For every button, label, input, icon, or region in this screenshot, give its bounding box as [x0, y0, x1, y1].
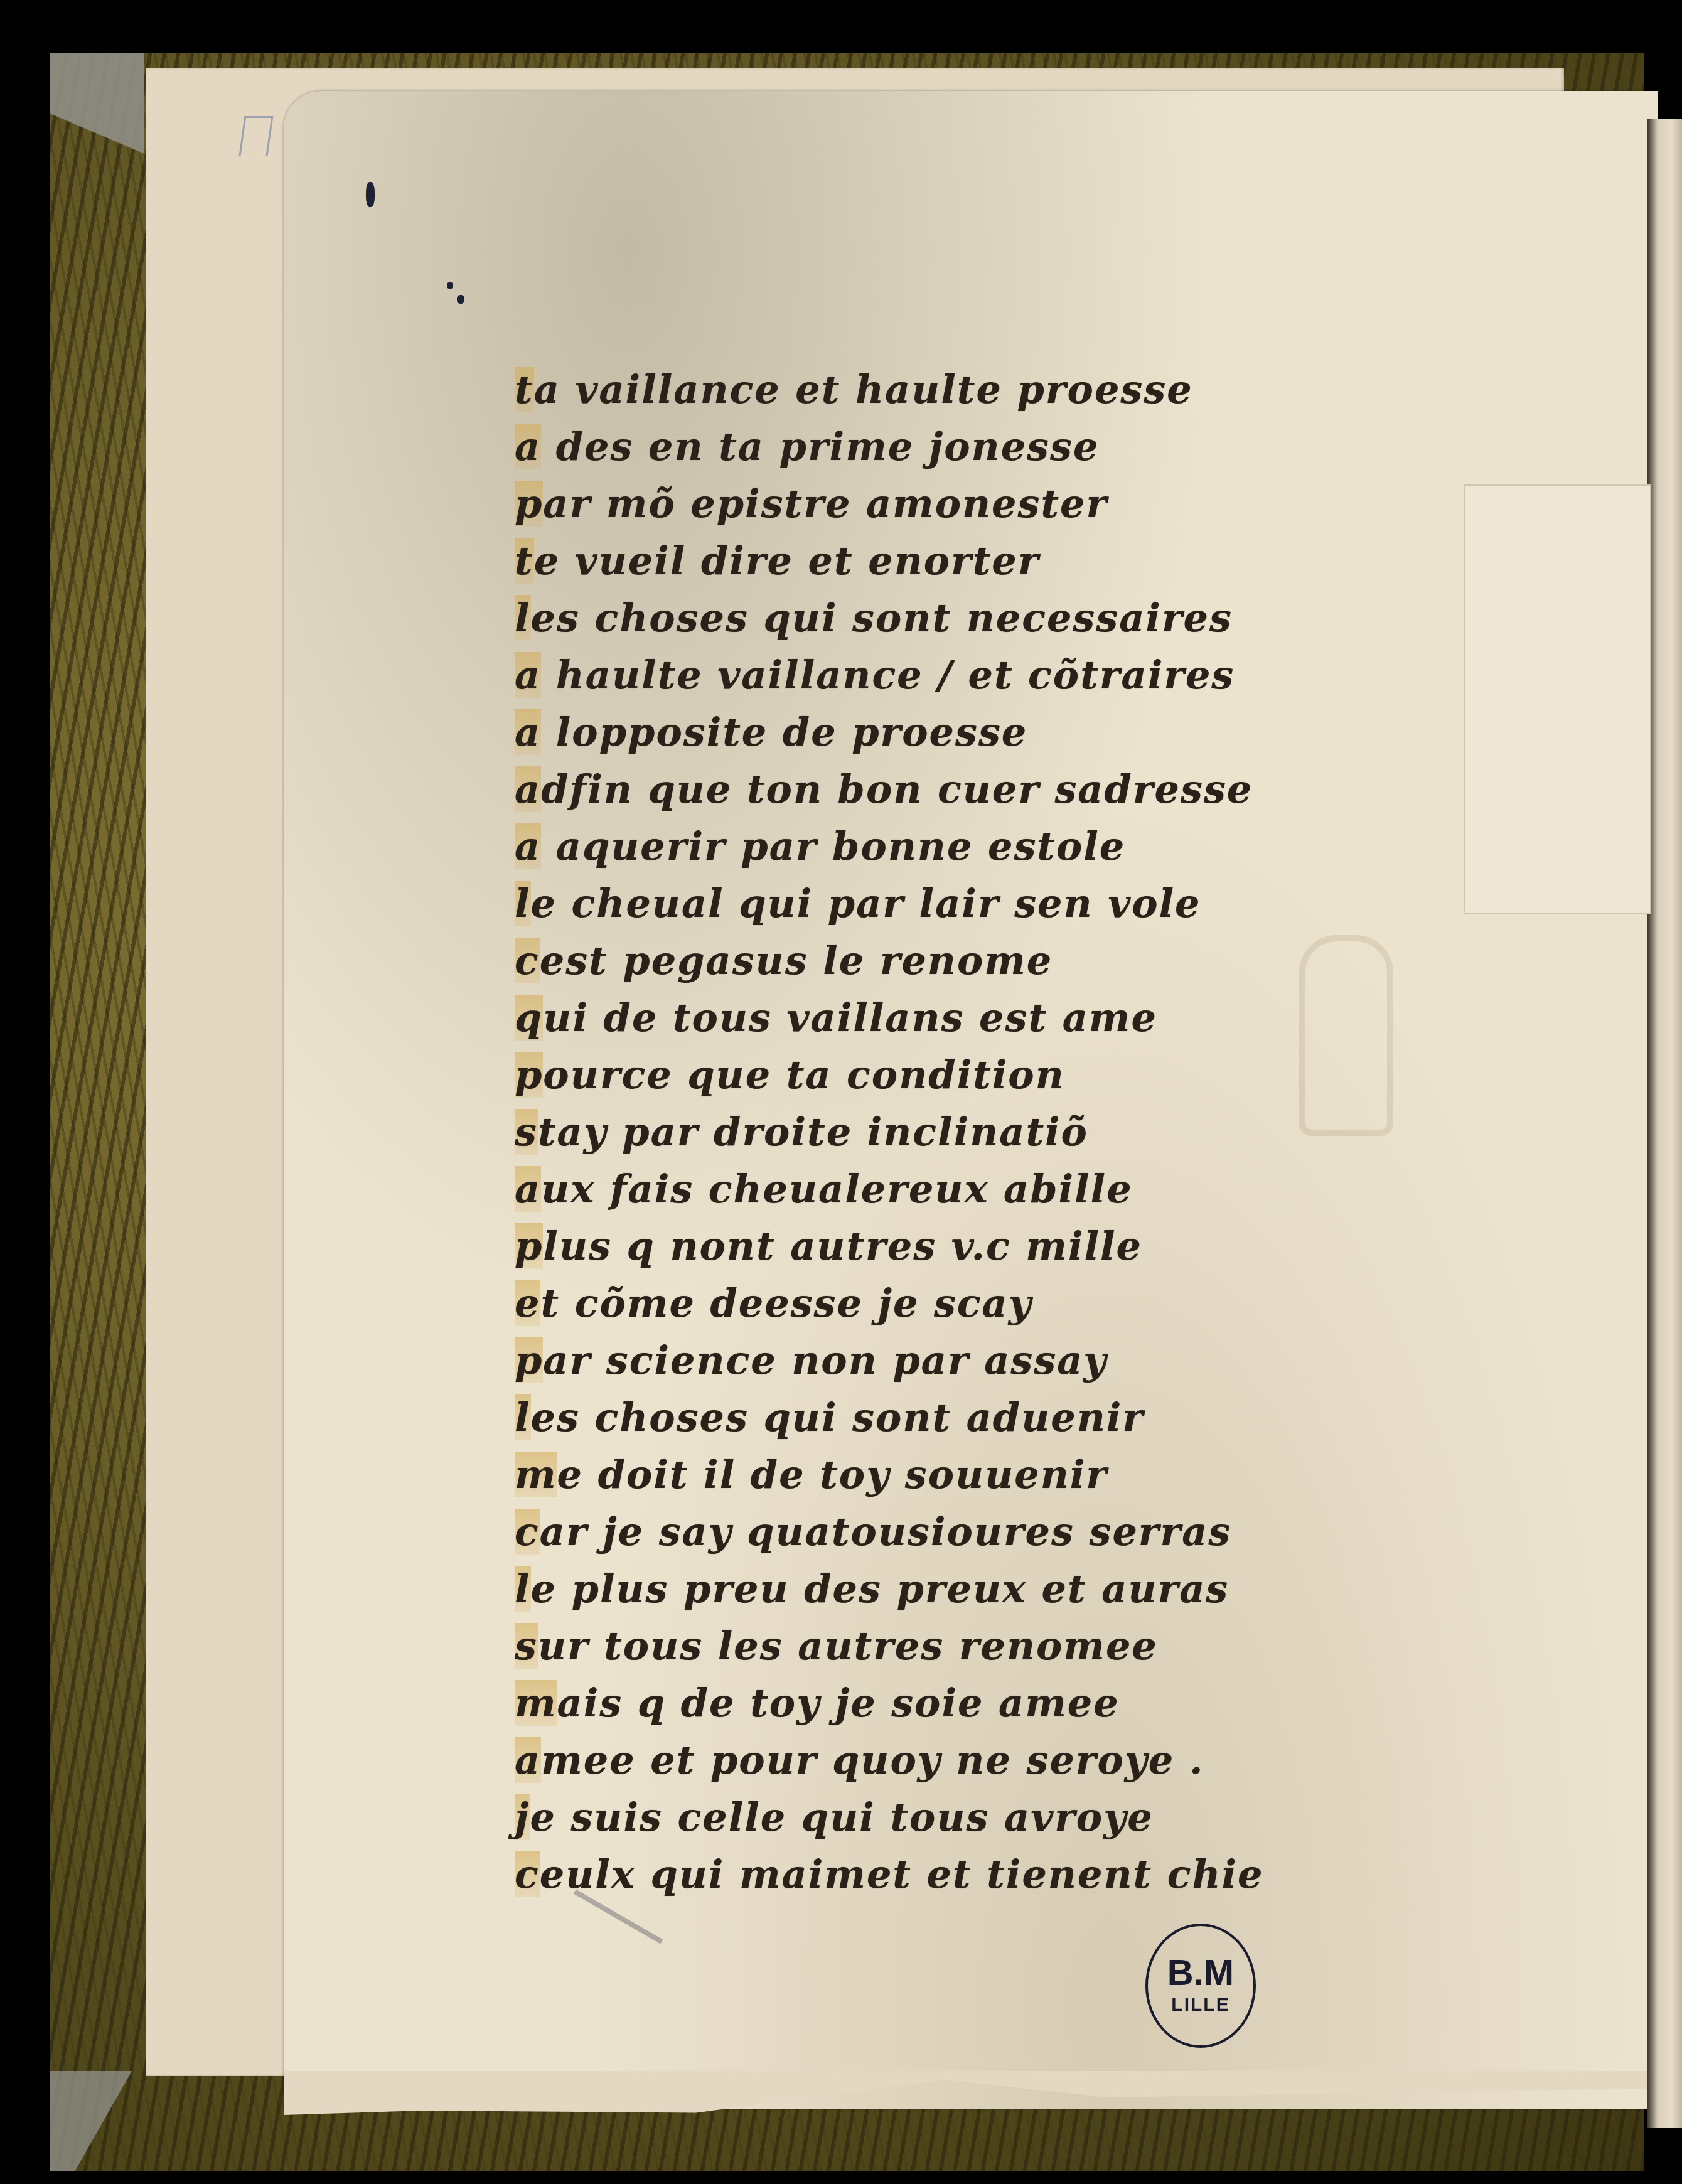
pasted-slip: [1464, 484, 1651, 914]
ink-mark: [457, 295, 464, 304]
verse-line: les choses qui sont aduenir: [515, 1389, 1393, 1446]
verse-line: te vueil dire et enorter: [515, 532, 1393, 589]
verse-line: me doit il de toy souuenir: [515, 1446, 1393, 1503]
library-stamp: B.M LILLE: [1145, 1924, 1256, 2048]
verse-line: mais q de toy je soie amee: [515, 1674, 1393, 1732]
verse-line: amee et pour quoy ne seroye .: [515, 1732, 1393, 1789]
verse-line: ta vaillance et haulte proesse: [515, 361, 1393, 418]
verse-line: qui de tous vaillans est ame: [515, 989, 1393, 1046]
verse-line: adfin que ton bon cuer sadresse: [515, 761, 1393, 818]
verse-line: le plus preu des preux et auras: [515, 1560, 1393, 1617]
binding-edge: [1647, 119, 1682, 2128]
verse-line: a des en ta prime jonesse: [515, 418, 1393, 475]
verse-line: a lopposite de proesse: [515, 704, 1393, 761]
verse-line: sur tous les autres renomee: [515, 1617, 1393, 1674]
stamp-city: LILLE: [1171, 1993, 1229, 2018]
verse-line: par science non par assay: [515, 1332, 1393, 1389]
verse-line: a aquerir par bonne estole: [515, 818, 1393, 875]
verse-line: stay par droite inclinatiõ: [515, 1103, 1393, 1160]
verse-line: car je say quatousioures serras: [515, 1503, 1393, 1560]
verse-line: a haulte vaillance / et cõtraires: [515, 646, 1393, 704]
verse-line: par mõ epistre amonester: [515, 475, 1393, 532]
verse-text: ta vaillance et haulte proesse a des en …: [515, 361, 1393, 1903]
verse-line: et cõme deesse je scay: [515, 1275, 1393, 1332]
verse-line: cest pegasus le renome: [515, 932, 1393, 989]
verse-line: je suis celle qui tous avroye: [515, 1789, 1393, 1846]
verse-line: les choses qui sont necessaires: [515, 589, 1393, 646]
verse-line: le cheual qui par lair sen vole: [515, 875, 1393, 932]
ink-mark: [366, 182, 375, 207]
verse-line: ceulx qui maimet et tienent chie: [515, 1846, 1393, 1903]
verse-line: plus q nont autres v.c mille: [515, 1218, 1393, 1275]
verse-line: aux fais cheualereux abille: [515, 1160, 1393, 1218]
stamp-initials: B.M: [1167, 1954, 1234, 1993]
pencil-mark: [239, 116, 274, 156]
verse-line: pource que ta condition: [515, 1046, 1393, 1103]
ink-mark: [447, 282, 453, 289]
